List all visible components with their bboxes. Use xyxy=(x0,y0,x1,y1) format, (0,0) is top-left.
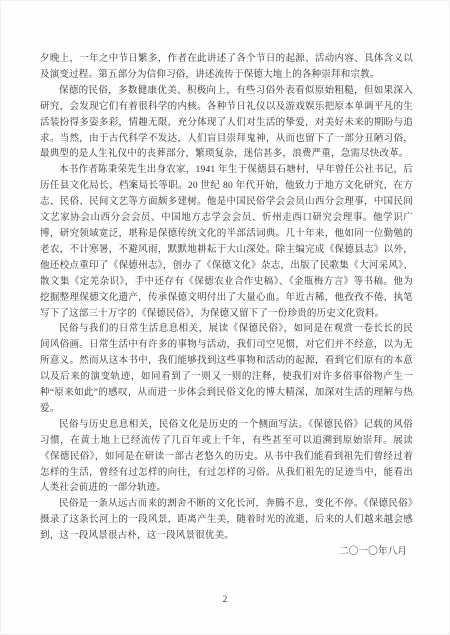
document-text: 夕晚上，一年之中节日繁多，作者在此讲述了各个节日的起源、活动内容、具体含义以及演… xyxy=(40,52,413,561)
page-number: 2 xyxy=(0,595,450,605)
paragraph: 本书作者陈秉荣先生出身农家，1941 年生于保德县石塘村，早年曾任公社书记，后历… xyxy=(40,163,413,322)
document-page: 夕晚上，一年之中节日繁多，作者在此讲述了各个节日的起源、活动内容、具体含义以及演… xyxy=(0,0,450,635)
paragraph: 夕晚上，一年之中节日繁多，作者在此讲述了各个节日的起源、活动内容、具体含义以及演… xyxy=(40,52,413,84)
paragraph: 民俗与历史息息相关，民俗文化是历史的一个侧面写法。《保德民俗》记载的风俗习惯，在… xyxy=(40,418,413,498)
date-line: 二〇一〇年八月 xyxy=(40,545,413,561)
paragraph: 民俗与我们的日常生活息息相关，展读《保德民俗》，如同是在观赏一卷长长的民间风俗画… xyxy=(40,322,413,417)
paragraph: 保德的民俗，多数健康优美、积极向上，有些习俗外表看似原始粗糙，但如果深入研究，会… xyxy=(40,84,413,164)
paragraph: 民俗是一条从远古而来的割舍不断的文化长河，奔腾不息，变化不停。《保德民俗》摄录了… xyxy=(40,497,413,545)
